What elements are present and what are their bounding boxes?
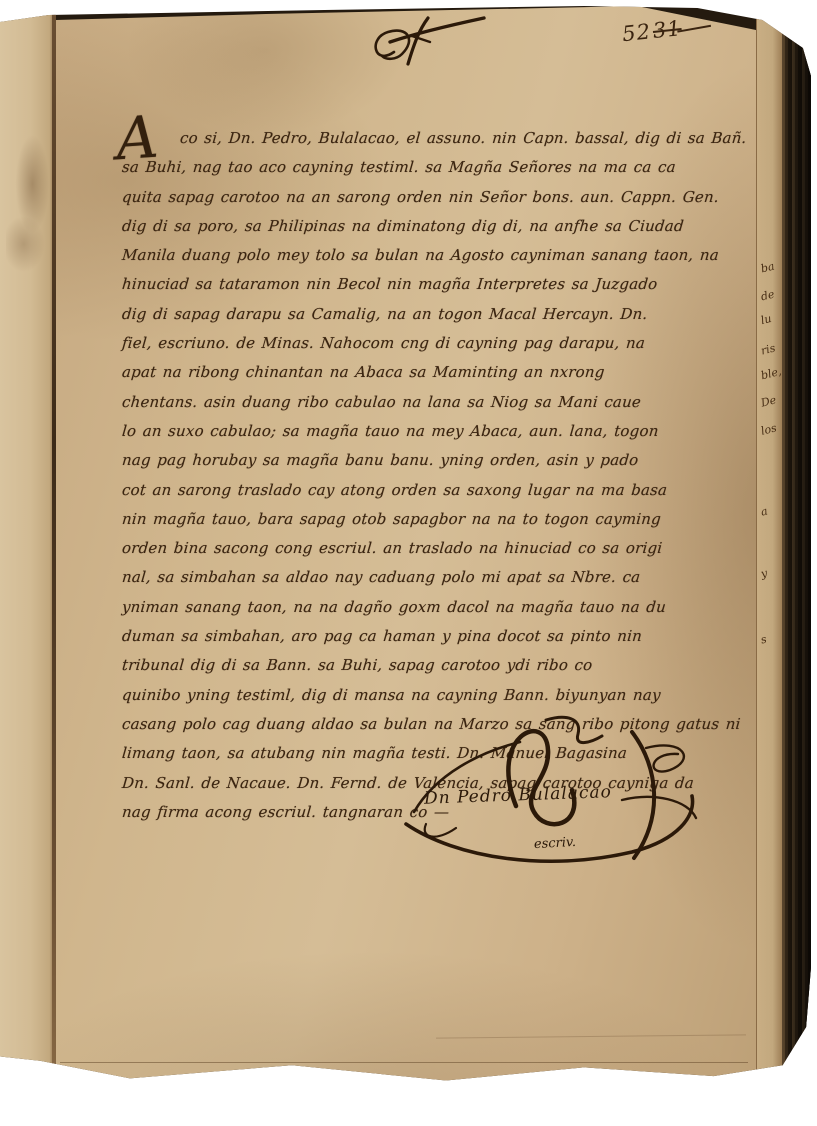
signature-title: escriv. [534,835,577,853]
gutter-fold [52,6,56,1098]
manuscript-page: 5231 A co si, Dn. Pedro, Bulalacao, el a… [56,6,756,1098]
manuscript-line: apat na ribong chinantan na Abaca sa Mam… [121,358,720,387]
manuscript-line: dig di sa poro, sa Philipinas na diminat… [121,212,720,241]
strike-mark [678,24,712,32]
edge-text-fragment: De [760,394,778,409]
edge-text-fragment: lu [760,313,773,327]
previous-folio-edge [0,6,55,1098]
folio-number-current: 52 [621,19,652,46]
manuscript-line: orden bina sacong cong escriul. an trasl… [121,534,720,563]
edge-text-fragment: ble, [760,366,783,383]
manuscript-line: nag pag horubay sa magña banu banu. ynin… [121,446,720,475]
invocation-cross-icon [356,12,486,70]
manuscript-line: quinibo yning testiml, dig di mansa na c… [121,681,720,710]
fore-edge: ba de lu ris ble, De los a y s [756,6,811,1098]
edge-text-fragment: de [760,289,776,304]
edge-text-fragment: los [760,422,778,437]
edge-text-fragment: s [760,633,768,646]
manuscript-line: tribunal dig di sa Bann. sa Buhi, sapag … [121,651,720,680]
edge-text-fragment: a [760,505,769,518]
manuscript-line: cot an sarong traslado cay atong orden s… [121,476,720,505]
manuscript-line: lo an suxo cabulao; sa magña tauo na mey… [121,417,720,446]
paper-stain [6,76,50,316]
edge-text-fragment: ba [760,261,776,276]
page-crease [60,1062,748,1063]
edge-text-fragment: y [760,567,769,580]
book-binding-edge [782,6,811,1098]
edge-text-fragment: ris [760,342,777,357]
bound-volume: 5231 A co si, Dn. Pedro, Bulalacao, el a… [0,6,811,1098]
page-crease [436,1034,746,1038]
manuscript-scan: 5231 A co si, Dn. Pedro, Bulalacao, el a… [0,0,817,1126]
manuscript-line: dig di sapag darapu sa Camalig, na an to… [121,300,720,329]
manuscript-line: yniman sanang taon, na na dagño goxm dac… [121,593,720,622]
manuscript-line: nin magña tauo, bara sapag otob sapagbor… [121,505,720,534]
manuscript-line: co si, Dn. Pedro, Bulalacao, el assuno. … [121,124,720,153]
manuscript-line: Manila duang polo mey tolo sa bulan na A… [121,241,720,270]
manuscript-line: sa Buhi, nag tao aco cayning testiml. sa… [121,153,720,182]
next-folio-edge: ba de lu ris ble, De los a y s [756,6,783,1098]
manuscript-line: fiel, escriuno. de Minas. Nahocom cng di… [121,329,720,358]
manuscript-line: chentans. asin duang ribo cabulao na lan… [121,388,720,417]
signature-block: Dn Pedro Bulalacao escriv. [396,708,716,878]
manuscript-line: hinuciad sa tataramon nin Becol nin magñ… [121,270,720,299]
manuscript-line: nal, sa simbahan sa aldao nay caduang po… [121,563,720,592]
folio-number: 5231 [621,10,743,46]
manuscript-line: quita sapag carotoo na an sarong orden n… [121,183,720,212]
manuscript-line: duman sa simbahan, aro pag ca haman y pi… [121,622,720,651]
